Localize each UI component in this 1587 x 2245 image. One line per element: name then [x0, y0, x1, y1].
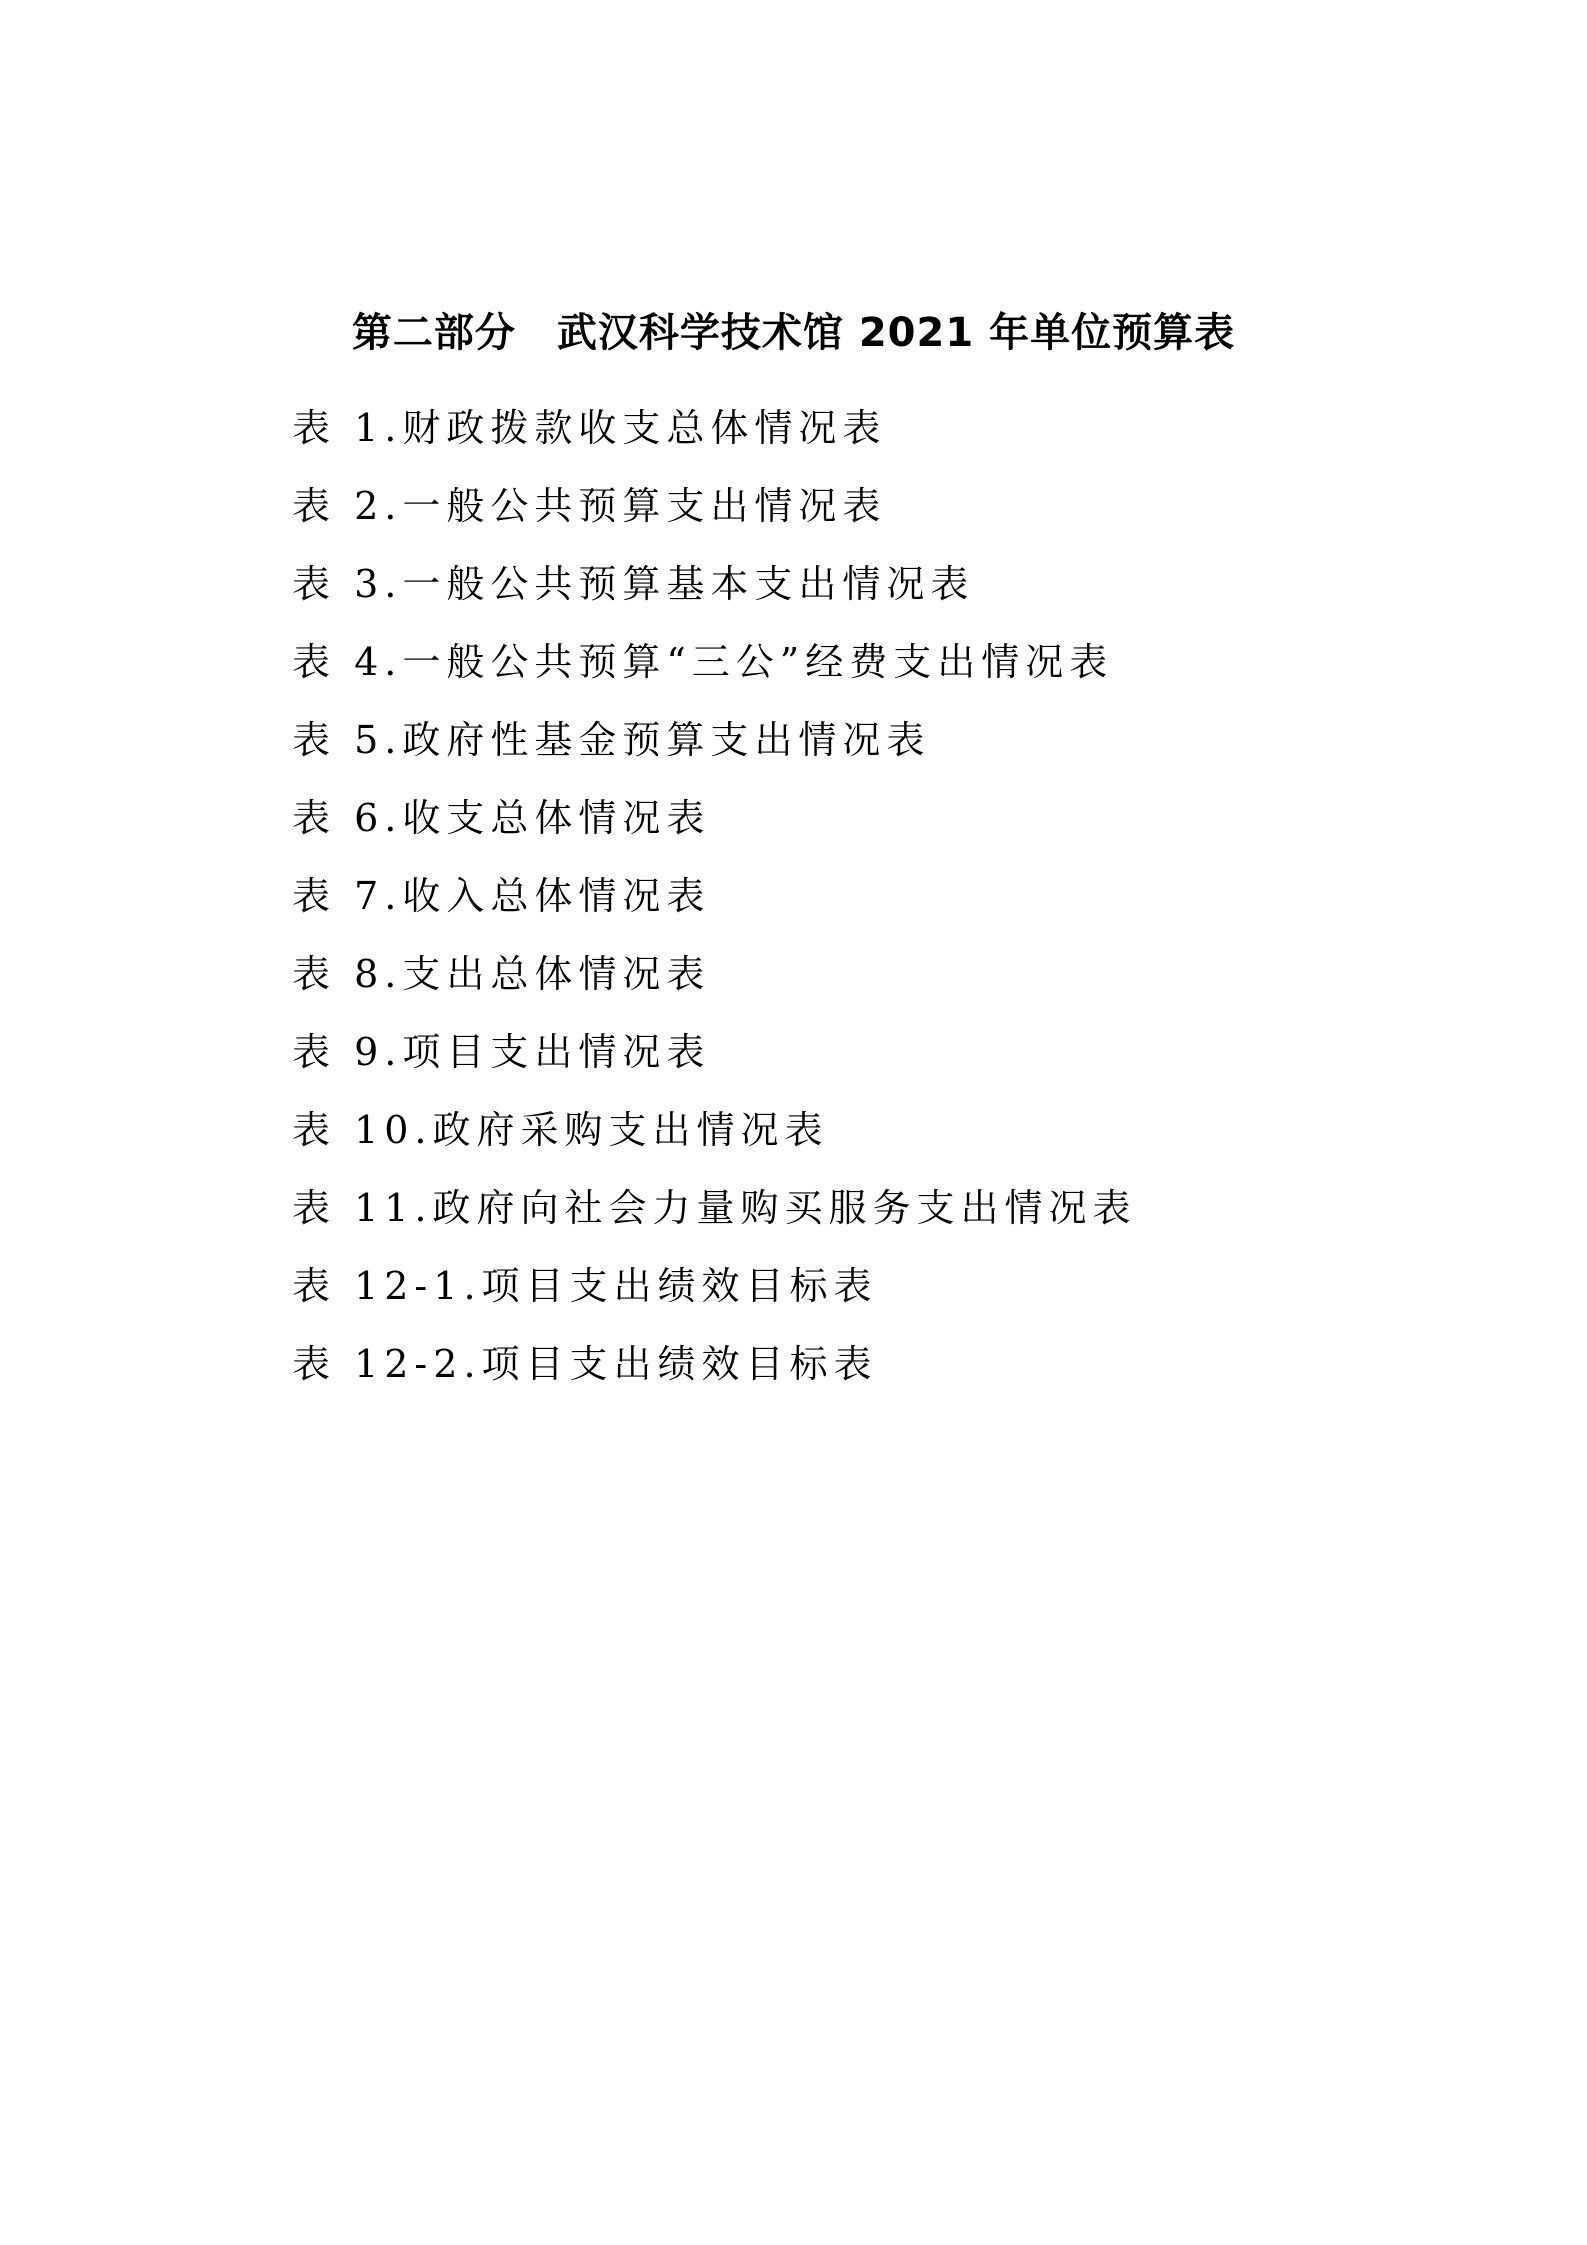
toc-item-table-9: 表 9.项目支出情况表	[292, 1024, 1137, 1102]
toc-item-table-5: 表 5.政府性基金预算支出情况表	[292, 712, 1137, 790]
toc-item-table-12-2: 表 12-2.项目支出绩效目标表	[292, 1336, 1137, 1414]
toc-item-table-12-1: 表 12-1.项目支出绩效目标表	[292, 1258, 1137, 1336]
toc-item-table-11: 表 11.政府向社会力量购买服务支出情况表	[292, 1180, 1137, 1258]
toc-item-table-2: 表 2.一般公共预算支出情况表	[292, 478, 1137, 556]
toc-item-table-8: 表 8.支出总体情况表	[292, 946, 1137, 1024]
toc-item-table-1: 表 1.财政拨款收支总体情况表	[292, 400, 1137, 478]
toc-item-table-10: 表 10.政府采购支出情况表	[292, 1102, 1137, 1180]
toc-item-table-3: 表 3.一般公共预算基本支出情况表	[292, 556, 1137, 634]
page-title: 第二部分 武汉科学技术馆 2021 年单位预算表	[0, 305, 1587, 361]
toc-item-table-4: 表 4.一般公共预算“三公”经费支出情况表	[292, 634, 1137, 712]
toc-item-table-6: 表 6.收支总体情况表	[292, 790, 1137, 868]
table-of-contents: 表 1.财政拨款收支总体情况表 表 2.一般公共预算支出情况表 表 3.一般公共…	[292, 400, 1137, 1414]
toc-item-table-7: 表 7.收入总体情况表	[292, 868, 1137, 946]
